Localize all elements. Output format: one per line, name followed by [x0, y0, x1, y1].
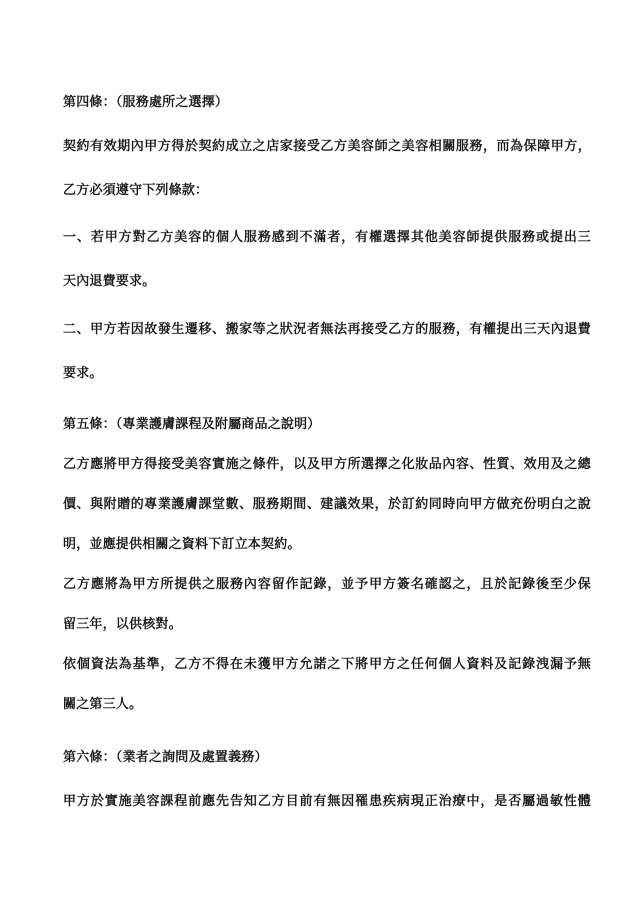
document-page: 第四條：（服務處所之選擇） 契約有效期內甲方得於契約成立之店家接受乙方美容師之美… — [0, 0, 638, 903]
section-5-para-1-line-3: 明，並應提供相關之資料下訂立本契約。 — [63, 524, 591, 564]
clause-1-line-2: 天內退費要求。 — [63, 259, 591, 303]
clause-2-line-2: 要求。 — [63, 351, 591, 395]
clause-2-line-1: 二、甲方若因故發生遷移、搬家等之狀況者無法再接受乙方的服務，有權提出三天內退費 — [63, 307, 591, 351]
section-4-intro-line-1: 契約有效期內甲方得於契約成立之店家接受乙方美容師之美容相關服務，而為保障甲方， — [63, 124, 591, 168]
section-5: 第五條：（專業護膚課程及附屬商品之說明） 乙方應將甲方得接受美容實施之條件，以及… — [63, 404, 591, 724]
section-6-para-1-line-1: 甲方於實施美容課程前應先告知乙方目前有無因罹患疾病現正治療中，是否屬過敏性體 — [63, 779, 591, 823]
section-5-para-2-line-2: 留三年，以供核對。 — [63, 604, 591, 644]
section-5-para-2-line-1: 乙方應將為甲方所提供之服務內容留作記錄，並予甲方簽名確認之，且於記錄後至少保 — [63, 564, 591, 604]
section-5-heading: 第五條：（專業護膚課程及附屬商品之說明） — [63, 404, 591, 444]
section-4-heading: 第四條：（服務處所之選擇） — [63, 80, 591, 124]
document-body: 第四條：（服務處所之選擇） 契約有效期內甲方得於契約成立之店家接受乙方美容師之美… — [63, 0, 591, 823]
section-6: 第六條：（業者之詢問及處置義務） 甲方於實施美容課程前應先告知乙方目前有無因罹患… — [63, 735, 591, 823]
section-5-para-3-line-1: 依個資法為基準，乙方不得在未獲甲方允諾之下將甲方之任何個人資料及記錄洩漏予無 — [63, 644, 591, 684]
section-5-para-3-line-2: 關之第三人。 — [63, 684, 591, 724]
section-5-para-1-line-1: 乙方應將甲方得接受美容實施之條件，以及甲方所選擇之化妝品內容、性質、效用及之總 — [63, 444, 591, 484]
section-5-para-1-line-2: 價、與附贈的專業護膚課堂數、服務期間、建議效果，於訂約同時向甲方做充份明白之說 — [63, 484, 591, 524]
clause-1-line-1: 一、若甲方對乙方美容的個人服務感到不滿者，有權選擇其他美容師提供服務或提出三 — [63, 215, 591, 259]
section-4: 第四條：（服務處所之選擇） 契約有效期內甲方得於契約成立之店家接受乙方美容師之美… — [63, 80, 591, 212]
section-4-intro-line-2: 乙方必須遵守下列條款： — [63, 168, 591, 212]
section-4-clause-2: 二、甲方若因故發生遷移、搬家等之狀況者無法再接受乙方的服務，有權提出三天內退費 … — [63, 307, 591, 395]
section-6-heading: 第六條：（業者之詢問及處置義務） — [63, 735, 591, 779]
section-4-clause-1: 一、若甲方對乙方美容的個人服務感到不滿者，有權選擇其他美容師提供服務或提出三 天… — [63, 215, 591, 303]
